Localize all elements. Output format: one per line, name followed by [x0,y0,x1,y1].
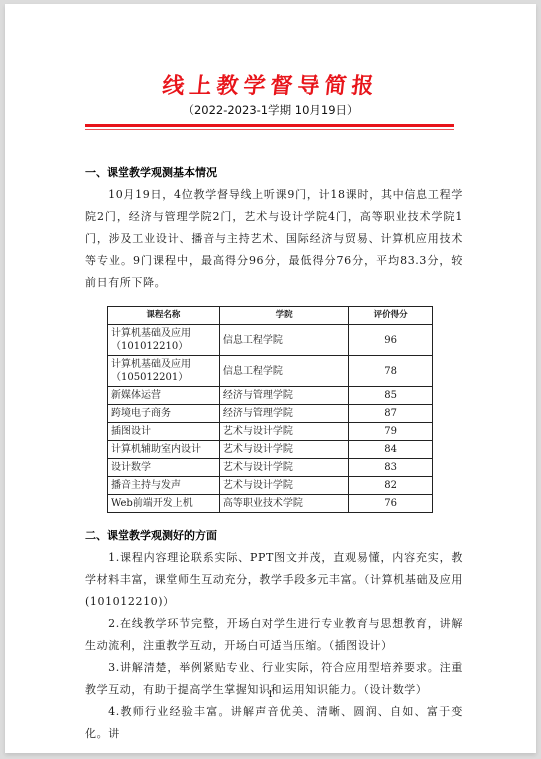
header-course: 课程名称 [108,307,220,325]
table-row: 新媒体运营 经济与管理学院 85 [108,387,433,405]
document-body: 一、课堂教学观测基本情况 10月19日，4位教学督导线上听课9门，计18课时，其… [85,162,463,745]
score-value: 78 [349,356,433,387]
college-name: 高等职业技术学院 [219,495,348,513]
section2-item-2: 2.在线教学环节完整，开场白对学生进行专业教育与思想教育，讲解生动流利，注重教学… [85,613,463,657]
score-value: 96 [349,325,433,356]
table-row: 插图设计 艺术与设计学院 79 [108,423,433,441]
table-row: 播音主持与发声 艺术与设计学院 82 [108,477,433,495]
title-divider-thick [85,124,454,127]
score-value: 82 [349,477,433,495]
document-page: 线上教学督导简报 （2022-2023-1学期 10月19日） 一、课堂教学观测… [5,4,536,753]
course-name: 设计数学 [108,459,220,477]
course-name: 计算机基础及应用（105012201） [108,356,220,387]
document-title: 线上教学督导简报 [4,72,538,100]
course-name: 新媒体运营 [108,387,220,405]
college-name: 信息工程学院 [219,356,348,387]
score-value: 76 [349,495,433,513]
college-name: 艺术与设计学院 [219,459,348,477]
table-row: 跨境电子商务 经济与管理学院 87 [108,405,433,423]
section2-item-4: 4.教师行业经验丰富。讲解声音优美、清晰、圆润、自如、富于变化。讲 [85,701,463,745]
score-value: 85 [349,387,433,405]
score-value: 83 [349,459,433,477]
course-name: 跨境电子商务 [108,405,220,423]
section2-item-1: 1.课程内容理论联系实际、PPT图文并茂，直观易懂，内容充实，教学材料丰富，课堂… [85,547,463,613]
course-name: Web前端开发上机 [108,495,220,513]
table-row: 计算机辅助室内设计 艺术与设计学院 84 [108,441,433,459]
score-value: 87 [349,405,433,423]
section1-heading: 一、课堂教学观测基本情况 [85,162,463,184]
course-score-table: 课程名称 学院 评价得分 计算机基础及应用（101012210） 信息工程学院 … [107,306,433,513]
page-number: 1 [5,690,536,700]
document-subtitle: （2022-2023-1学期 10月19日） [5,102,536,118]
score-value: 79 [349,423,433,441]
college-name: 艺术与设计学院 [219,441,348,459]
header-score: 评价得分 [349,307,433,325]
course-name: 计算机辅助室内设计 [108,441,220,459]
course-name: 计算机基础及应用（101012210） [108,325,220,356]
score-value: 84 [349,441,433,459]
college-name: 经济与管理学院 [219,405,348,423]
college-name: 艺术与设计学院 [219,423,348,441]
college-name: 艺术与设计学院 [219,477,348,495]
course-name: 播音主持与发声 [108,477,220,495]
section2-heading: 二、课堂教学观测好的方面 [85,525,463,547]
table-row: 设计数学 艺术与设计学院 83 [108,459,433,477]
table-row: 计算机基础及应用（101012210） 信息工程学院 96 [108,325,433,356]
header-college: 学院 [219,307,348,325]
college-name: 信息工程学院 [219,325,348,356]
course-name: 插图设计 [108,423,220,441]
college-name: 经济与管理学院 [219,387,348,405]
section1-paragraph: 10月19日，4位教学督导线上听课9门，计18课时，其中信息工程学院2门，经济与… [85,184,463,294]
table-row: Web前端开发上机 高等职业技术学院 76 [108,495,433,513]
table-header-row: 课程名称 学院 评价得分 [108,307,433,325]
title-divider-thin [85,129,454,130]
table-row: 计算机基础及应用（105012201） 信息工程学院 78 [108,356,433,387]
